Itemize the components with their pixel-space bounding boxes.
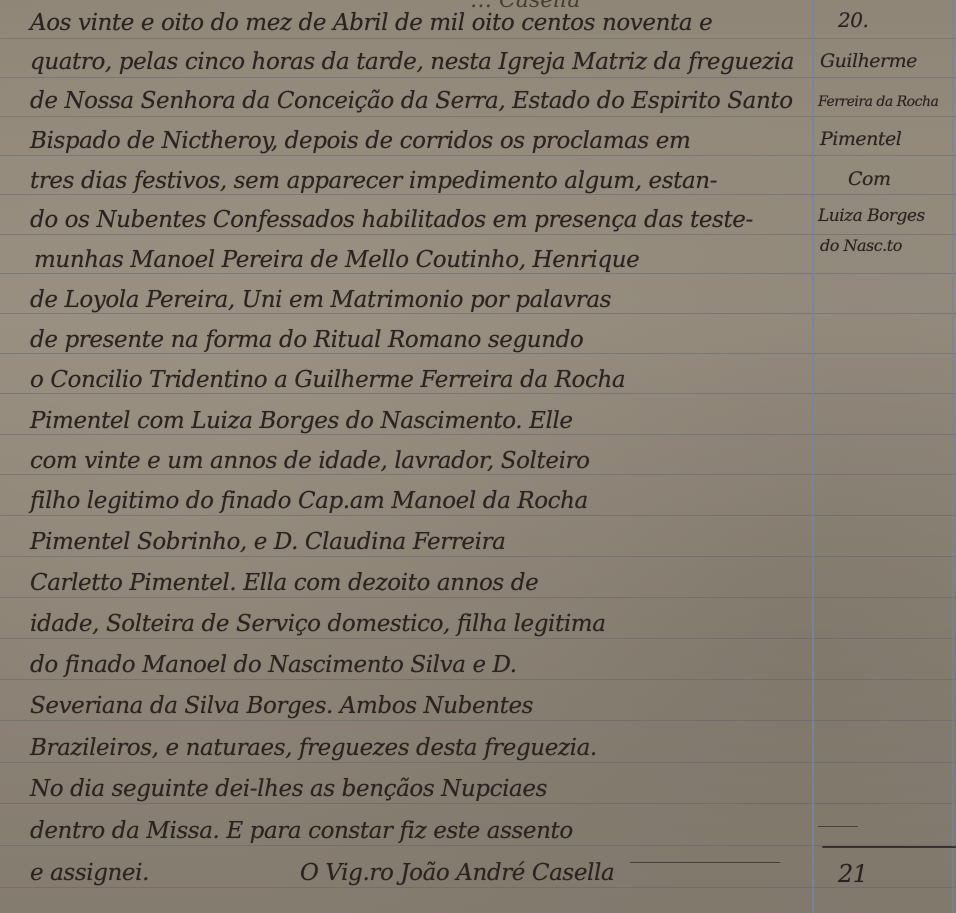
body-line: dentro da Missa. E para constar fiz este… — [30, 818, 810, 844]
margin-rule — [812, 0, 814, 913]
body-line: quatro, pelas cinco horas da tarde, nest… — [30, 49, 810, 75]
body-line: Carletto Pimentel. Ella com dezoito anno… — [30, 570, 810, 596]
body-line: de Nossa Senhora da Conceição da Serra, … — [30, 88, 810, 114]
body-line: tres dias festivos, sem apparecer impedi… — [30, 168, 810, 194]
margin-bride-name: Luiza Borges — [818, 206, 925, 226]
body-line: munhas Manoel Pereira de Mello Coutinho,… — [34, 247, 814, 273]
body-line: o Concilio Tridentino a Guilherme Ferrei… — [30, 367, 810, 393]
body-line: No dia seguinte dei-lhes as bençãos Nupc… — [30, 776, 810, 802]
body-line: Severiana da Silva Borges. Ambos Nubente… — [30, 693, 810, 719]
body-line: com vinte e um annos de idade, lavrador,… — [30, 448, 810, 474]
margin-rule-right — [952, 0, 954, 913]
body-line: Pimentel com Luiza Borges do Nascimento.… — [30, 408, 810, 434]
margin-com: Com — [848, 168, 891, 190]
body-line: do os Nubentes Confessados habilitados e… — [30, 207, 810, 233]
margin-groom-last-name: Pimentel — [820, 128, 901, 150]
margin-groom-first-name: Guilherme — [820, 50, 917, 72]
body-line: e assignei. — [30, 860, 230, 886]
body-line: filho legitimo do finado Cap.am Manoel d… — [30, 488, 810, 514]
priest-signature: O Vig.ro João André Casella — [300, 860, 614, 886]
entry-separator — [822, 846, 956, 848]
body-line: de presente na forma do Ritual Romano se… — [30, 327, 810, 353]
body-line: do finado Manoel do Nascimento Silva e D… — [30, 652, 810, 678]
register-page: … Casella Aos vinte e oito do mez de Abr… — [0, 0, 956, 913]
margin-groom-surname: Ferreira da Rocha — [818, 94, 938, 110]
margin-bride-surname: do Nasc.to — [820, 236, 902, 255]
entry-number-21: 21 — [838, 860, 868, 888]
line-fill-stroke — [630, 862, 780, 863]
body-line: de Loyola Pereira, Uni em Matrimonio por… — [30, 287, 810, 313]
body-line: Brazileiros, e naturaes, freguezes desta… — [30, 735, 810, 761]
body-line: Aos vinte e oito do mez de Abril de mil … — [30, 10, 810, 36]
body-line: idade, Solteira de Serviço domestico, fi… — [30, 611, 810, 637]
entry-separator-short — [818, 826, 858, 827]
body-line: Bispado de Nictheroy, depois de corridos… — [30, 128, 810, 154]
body-line: Pimentel Sobrinho, e D. Claudina Ferreir… — [30, 529, 810, 555]
entry-number-20: 20. — [838, 8, 868, 32]
